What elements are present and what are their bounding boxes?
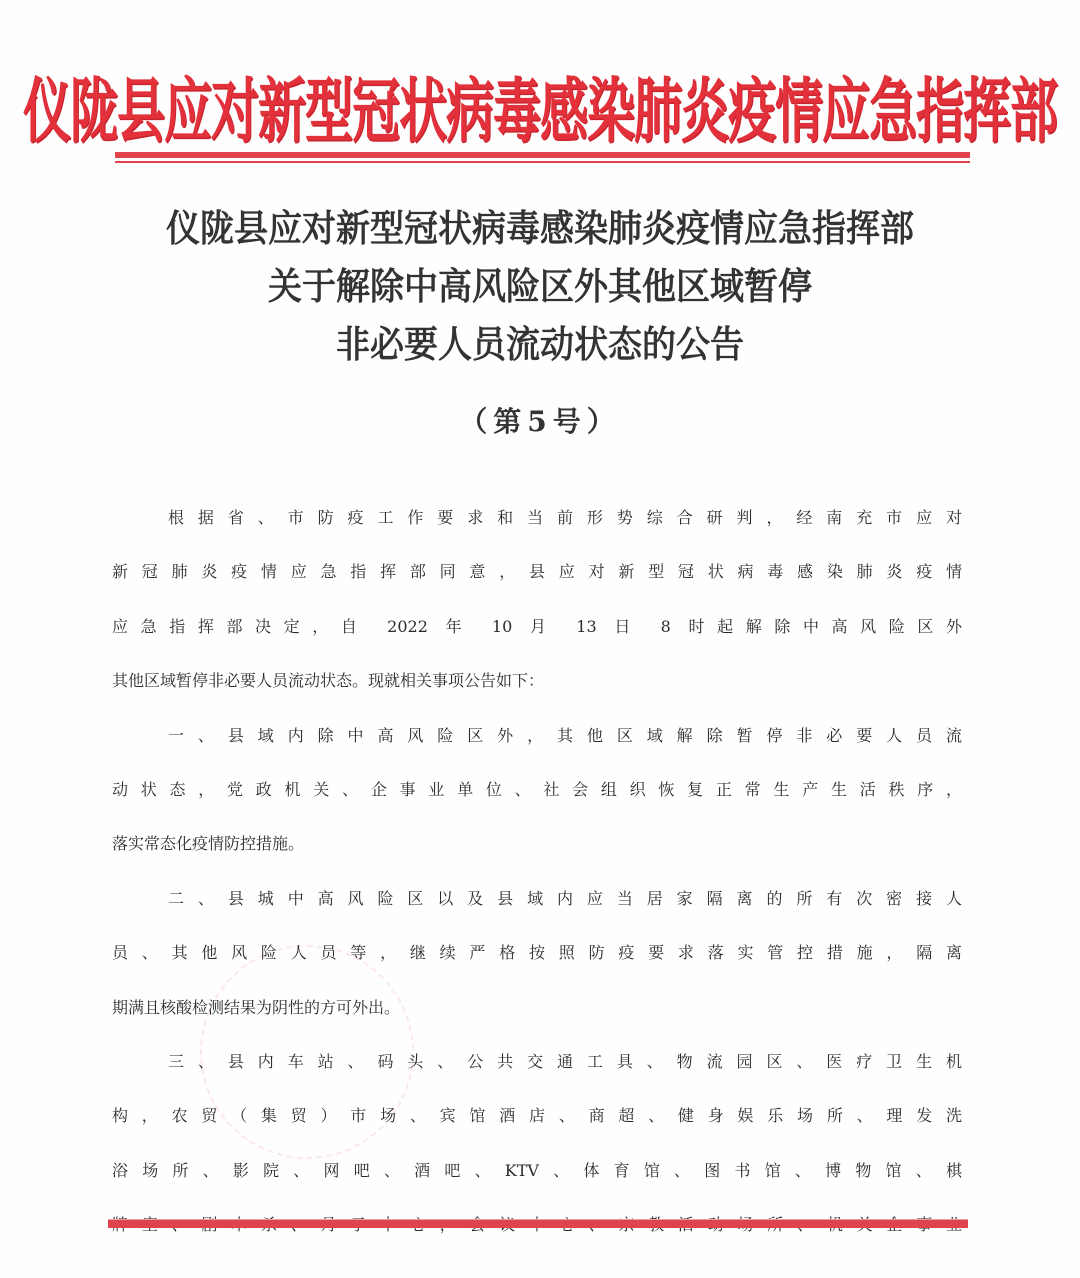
- body-line: 应急指挥部决定，自 2022 年 10 月 13 日 8 时起解除中高风险区外: [112, 614, 962, 668]
- body-line: 浴场所、影院、网吧、酒吧、KTV、体育馆、图书馆、博物馆、棋: [112, 1158, 962, 1212]
- masthead-red-rule: [115, 152, 970, 163]
- paragraph-intro: 根据省、市防疫工作要求和当前形势综合研判，经南充市应对 新冠肺炎疫情应急指挥部同…: [112, 505, 962, 723]
- body-line: 构，农贸（集贸）市场、宾馆酒店、商超、健身娱乐场所、理发洗: [112, 1103, 962, 1157]
- body-line: 二、县城中高风险区以及县域内应当居家隔离的所有次密接人: [112, 886, 962, 940]
- masthead-title: 仪陇县应对新型冠状病毒感染肺炎疫情应急指挥部: [23, 55, 1057, 155]
- document-page: 仪陇县应对新型冠状病毒感染肺炎疫情应急指挥部 仪陇县应对新型冠状病毒感染肺炎疫情…: [0, 0, 1080, 1278]
- body-line: 一、县域内除中高风险区外，其他区域解除暂停非必要人员流: [112, 723, 962, 777]
- title-line-1: 仪陇县应对新型冠状病毒感染肺炎疫情应急指挥部: [100, 198, 980, 261]
- paragraph-item-1: 一、县域内除中高风险区外，其他区域解除暂停非必要人员流 动状态，党政机关、企事业…: [112, 723, 962, 886]
- body-line: 员、其他风险人员等，继续严格按照防疫要求落实管控措施，隔离: [112, 940, 962, 994]
- body-line: 落实常态化疫情防控措施。: [112, 831, 962, 885]
- red-masthead: 仪陇县应对新型冠状病毒感染肺炎疫情应急指挥部: [110, 55, 970, 155]
- body-line: 新冠肺炎疫情应急指挥部同意，县应对新型冠状病毒感染肺炎疫情: [112, 559, 962, 613]
- red-rule-thick: [115, 152, 970, 158]
- body-line: 动状态，党政机关、企事业单位、社会组织恢复正常生产生活秩序，: [112, 777, 962, 831]
- title-line-2: 关于解除中高风险区外其他区域暂停: [100, 256, 980, 319]
- document-body: 根据省、市防疫工作要求和当前形势综合研判，经南充市应对 新冠肺炎疫情应急指挥部同…: [112, 505, 962, 1266]
- title-line-3: 非必要人员流动状态的公告: [100, 314, 980, 377]
- body-line: 其他区域暂停非必要人员流动状态。现就相关事项公告如下：: [112, 668, 962, 722]
- footer-red-rule: [108, 1219, 968, 1228]
- document-number: （第5号）: [100, 400, 980, 440]
- red-rule-thin: [115, 161, 970, 163]
- body-line: 根据省、市防疫工作要求和当前形势综合研判，经南充市应对: [112, 505, 962, 559]
- paragraph-item-2: 二、县城中高风险区以及县域内应当居家隔离的所有次密接人 员、其他风险人员等，继续…: [112, 886, 962, 1049]
- paragraph-item-3: 三、县内车站、码头、公共交通工具、物流园区、医疗卫生机 构，农贸（集贸）市场、宾…: [112, 1049, 962, 1267]
- body-line: 三、县内车站、码头、公共交通工具、物流园区、医疗卫生机: [112, 1049, 962, 1103]
- body-line: 期满且核酸检测结果为阴性的方可外出。: [112, 995, 962, 1049]
- document-title: 仪陇县应对新型冠状病毒感染肺炎疫情应急指挥部 关于解除中高风险区外其他区域暂停 …: [100, 200, 980, 374]
